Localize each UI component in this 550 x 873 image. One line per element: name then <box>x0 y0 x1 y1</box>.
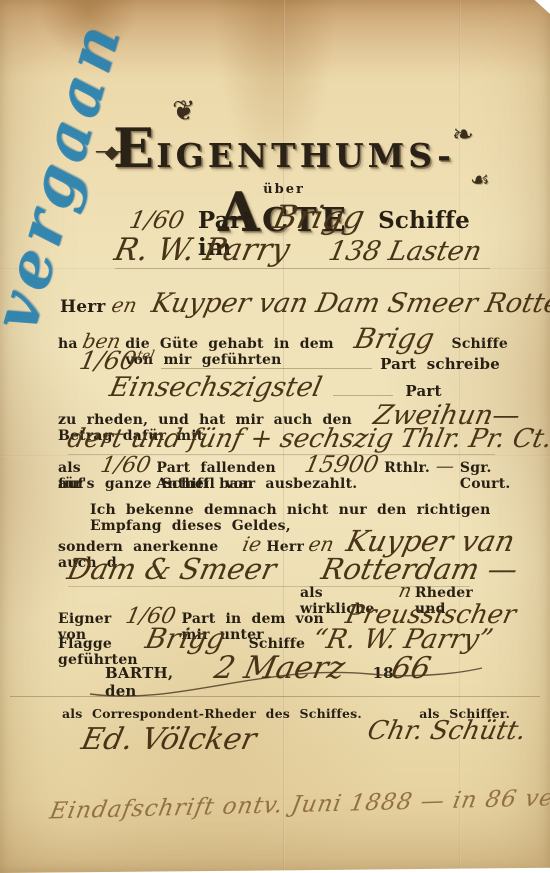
herr-printed: Herr <box>60 297 106 317</box>
betrag-hw2-handwritten: dert und fünf + sechszig Thlr. Pr. Ct. <box>65 424 550 454</box>
schiffe-printed: Schiffe <box>378 207 470 234</box>
place-date-printed: BARTH, den <box>105 664 205 700</box>
part-fraction-handwritten: 1/60 <box>127 206 187 234</box>
year-handwritten: 66 <box>388 651 434 686</box>
ha-printed: ha <box>58 336 78 352</box>
subtitle-ueber: über <box>263 182 305 197</box>
ship-type-handwritten: Brigg <box>270 198 368 236</box>
tonnage-handwritten: 138 Lasten <box>326 236 485 267</box>
part-schreibe-printed: Part schreibe <box>380 355 500 373</box>
ship-name-handwritten: R. W. Parry <box>111 232 293 268</box>
blank-rule <box>161 352 372 369</box>
correspondent-rheder-label: als Correspondent-Rheder des Schiffes. <box>62 706 362 721</box>
blank-rule <box>333 379 393 396</box>
title-part-1: IGENTHUMS- <box>156 136 455 175</box>
fraction-tel-handwritten: 1/60tel <box>77 346 156 375</box>
paid-printed: für's ganze Schiff baar ausbezahlt. <box>58 476 357 492</box>
footer-divider <box>10 696 540 697</box>
bottom-note-handwritten: Eindafschrift ontv. Juni 1888 — in 86 ve… <box>48 783 550 824</box>
date-handwritten: 2 Maerz <box>211 650 348 686</box>
rheder-n-handwritten: n <box>396 580 413 602</box>
rthlr-printed: Rthlr. <box>384 460 430 476</box>
title-initial-e: E <box>113 116 156 180</box>
fraction-words-handwritten: Einsechszigstel <box>107 372 325 403</box>
owners-handwritten: Kuyper van Dam Smeer Rotterdam <box>149 288 550 319</box>
antheil-fraction-handwritten: 1/60 <box>98 453 153 478</box>
part-printed: Part <box>405 382 441 400</box>
schiffer-signature: Chr. Schütt. <box>365 716 529 746</box>
antheil-value-handwritten: 15900 <box>302 452 381 478</box>
correspondent-signature: Ed. Völcker <box>78 722 259 757</box>
deed-document: vergaan ❦ ─◆─ ❧ ☙ EIGENTHUMS-ACTE über 1… <box>0 0 550 873</box>
ack-owner2-handwritten: Dam & Smeer <box>64 552 279 586</box>
dash-handwritten: — <box>434 456 456 477</box>
herr-suffix-handwritten: en <box>109 293 139 317</box>
